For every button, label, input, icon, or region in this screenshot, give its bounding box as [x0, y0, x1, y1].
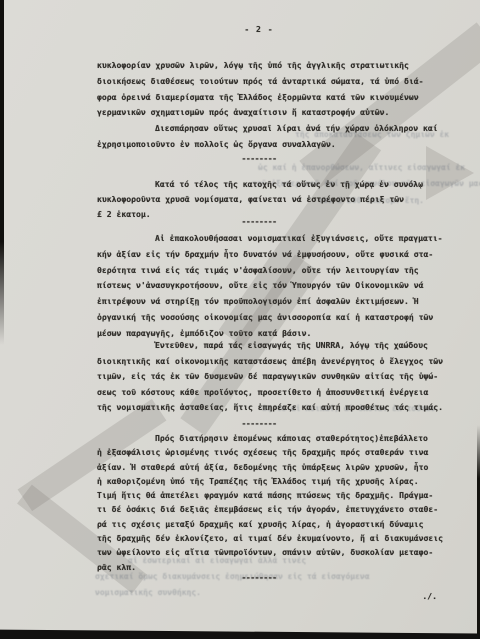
paragraph-unrra-imports: Ἐντεῦθεν, παρά τάς εἰσαγωγάς τῆς UNRRA, …: [97, 338, 421, 416]
text-line: γερμανικῶν σχηματισμῶν πρός ἀναχαίτισιν …: [97, 105, 421, 121]
text-line: Αἱ ἐπακολουθήσασαι νομισματικαί ἐξυγιάνσ…: [97, 231, 421, 247]
continuation-mark: ./.: [97, 591, 437, 601]
text-line: των ὠφείλοντο εἰς αἴτια τῶνπροϊόντων, σπ…: [97, 545, 421, 559]
text-line: σεως τοῦ κόστους κάθε προϊόντος, προσετί…: [97, 385, 421, 401]
text-line: κυκλοφοροῦντα χρυσᾶ νομίσματα, φαίνεται …: [97, 192, 421, 207]
text-line: ἡ καθοριζομένη ὑπό τῆς Τραπέζης τῆς Ἑλλά…: [97, 474, 421, 488]
text-line: κήν ἀξίαν εἰς τήν δραχμήν ἦτο δυνατόν νά…: [97, 247, 421, 263]
text-line: ἡ ἐξασφάλισις ὡρισμένης τινός σχέσεως τῆ…: [97, 445, 421, 459]
text-line: φορα ὀρεινά διαμερίσματα τῆς Ἑλλάδος ἐξο…: [97, 90, 421, 106]
text-line: ὀργανική τῆς νοσούσης οἰκονομίας μας ἀνι…: [97, 310, 421, 326]
text-line: Διεσπάρησαν οὕτως χρυσαῖ λίραι ἀνά τήν χ…: [97, 121, 421, 137]
section-separator: --------: [97, 572, 421, 582]
watermark-arrowhead: [426, 146, 474, 200]
scanned-document-page: τῆς ἀποκαταστάσεως τῶν ζημιῶν ἐκ ὡς καί …: [0, 0, 480, 639]
paragraph-monetary-reforms: Αἱ ἐπακολουθήσασαι νομισματικαί ἐξυγιάνσ…: [97, 231, 421, 342]
text-line: τι δέ ὁσάκις διά δεξιᾶς ἐπεμβάσεως εἰς τ…: [97, 502, 421, 516]
text-line: Τιμή ἥτις θά ἀπετέλει φραγμόν κατά πάσης…: [97, 488, 421, 502]
section-separator: --------: [97, 418, 421, 428]
text-line: ρά τις σχέσις μεταξύ δραχμῆς καί χρυσῆς …: [97, 517, 421, 531]
text-line: ἐπιτρέψουν νά στηρίξῃ τόν προϋπολογισμόν…: [97, 294, 421, 310]
scan-edge-bottom: [0, 628, 480, 639]
text-line: Ἐντεῦθεν, παρά τάς εἰσαγωγάς τῆς UNRRA, …: [97, 338, 421, 354]
bleedthrough-text: ὡς καί ἡ ἐπανορθώσεων, αἵτινες εἰσαγωγαί…: [258, 163, 465, 172]
section-separator: --------: [97, 216, 421, 226]
text-line: τῆς νομισματικῆς ἀσταθείας, ἥτις ἐπηρέαζ…: [97, 400, 421, 416]
text-line: διοικήσεως διαθέσεως τοιούτων πρός τά ἀν…: [97, 74, 421, 90]
text-line: κυκλοφορίαν χρυσῶν λιρῶν, λόγῳ τῆς ὑπό τ…: [97, 58, 421, 74]
text-line: τιμῶν, εἰς τάς ἐκ τῶν δυσμενῶν δέ παραγω…: [97, 369, 421, 385]
text-line: Κατά τό τέλος τῆς κατοχῆς τά οὕτως ἐν τῇ…: [97, 177, 421, 192]
paragraph-drachma-stability: Πρός διατήρησιν ἑπομένως κάποιας σταθερό…: [97, 431, 421, 574]
text-line: διοικητικῆς καί οἰκονομικῆς καταστάσεως …: [97, 354, 421, 370]
text-line: θερότητα τινά εἰς τάς τιμάς ν'ἀσφαλίσουν…: [97, 263, 421, 279]
paragraph-gold-sovereigns: κυκλοφορίαν χρυσῶν λιρῶν, λόγῳ τῆς ὑπό τ…: [97, 58, 421, 153]
text-line: τῆς δραχμῆς δέν ἐκλονίζετο, αἱ τιμαί δέν…: [97, 531, 421, 545]
text-line: πίστεως ν'ἀνασυγκροτήσουν, οὔτε εἰς τόν …: [97, 278, 421, 294]
text-line: Πρός διατήρησιν ἑπομένως κάποιας σταθερό…: [97, 431, 421, 445]
text-line: ἀξίαν. Ἡ σταθερά αὐτή ἀξία, δεδομένης τῆ…: [97, 460, 421, 474]
scan-edge-left: [0, 0, 4, 345]
section-separator: --------: [97, 153, 421, 163]
text-line: ἐχρησιμοποιοῦντο ἐν πολλοῖς ὡς ὄργανα συ…: [97, 137, 421, 153]
page-number: - 2 -: [97, 24, 421, 34]
